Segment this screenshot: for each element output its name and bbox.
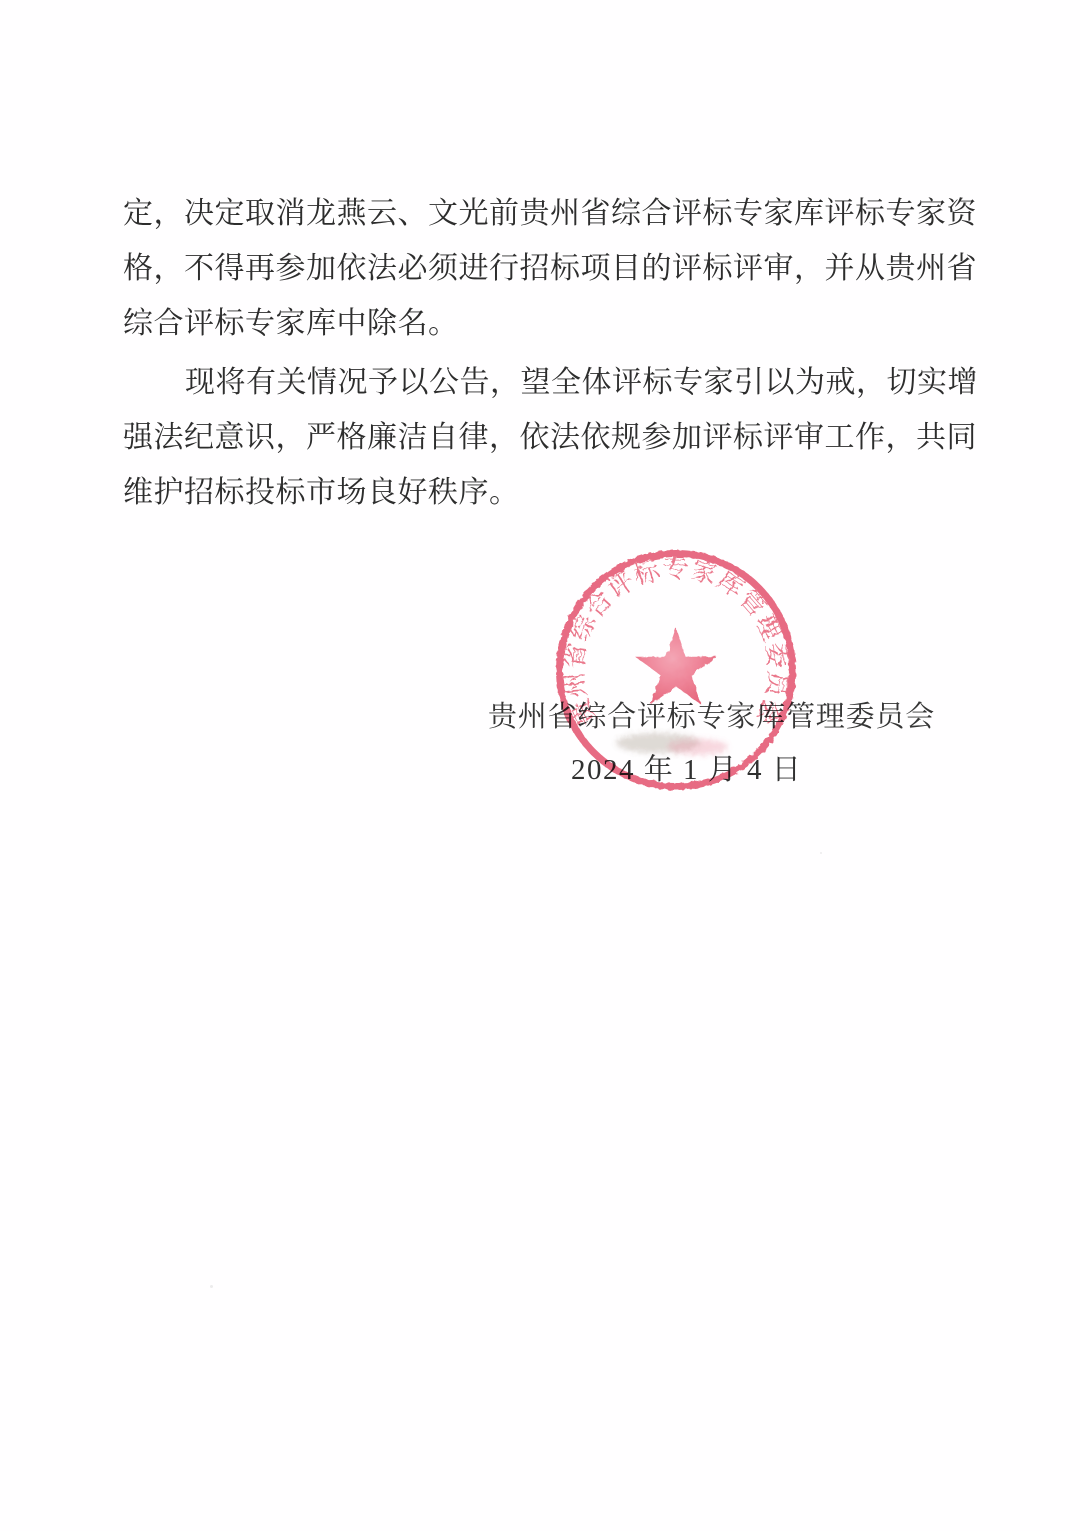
document-page: 定，决定取消龙燕云、文光前贵州省综合评标专家库评标专家资 格，不得再参加依法必须… bbox=[0, 0, 1080, 1531]
star-icon bbox=[635, 627, 717, 705]
body-line: 维护招标投标市场良好秩序。 bbox=[123, 465, 983, 520]
paragraph-announcement: 现将有关情况予以公告，望全体评标专家引以为戒，切实增 强法纪意识，严格廉洁自律，… bbox=[123, 355, 983, 520]
paragraph-decision: 定，决定取消龙燕云、文光前贵州省综合评标专家库评标专家资 格，不得再参加依法必须… bbox=[123, 186, 983, 351]
seal-code-smudge bbox=[616, 733, 700, 753]
issuer-signature: 贵州省综合评标专家库管理委员会 bbox=[488, 701, 935, 734]
body-line: 综合评标专家库中除名。 bbox=[123, 296, 983, 351]
issue-date: 2024 年 1 月 4 日 bbox=[571, 754, 802, 787]
body-line: 格，不得再参加依法必须进行招标项目的评标评审，并从贵州省 bbox=[123, 241, 983, 296]
seal-ring bbox=[560, 554, 793, 787]
seal-code-smudge-pink bbox=[668, 739, 728, 755]
body-line: 现将有关情况予以公告，望全体评标专家引以为戒，切实增 bbox=[123, 355, 983, 410]
body-line: 定，决定取消龙燕云、文光前贵州省综合评标专家库评标专家资 bbox=[123, 186, 983, 241]
scan-speck bbox=[210, 1285, 213, 1288]
scan-speck bbox=[820, 852, 822, 854]
body-line: 强法纪意识，严格廉洁自律，依法依规参加评标评审工作，共同 bbox=[123, 410, 983, 465]
